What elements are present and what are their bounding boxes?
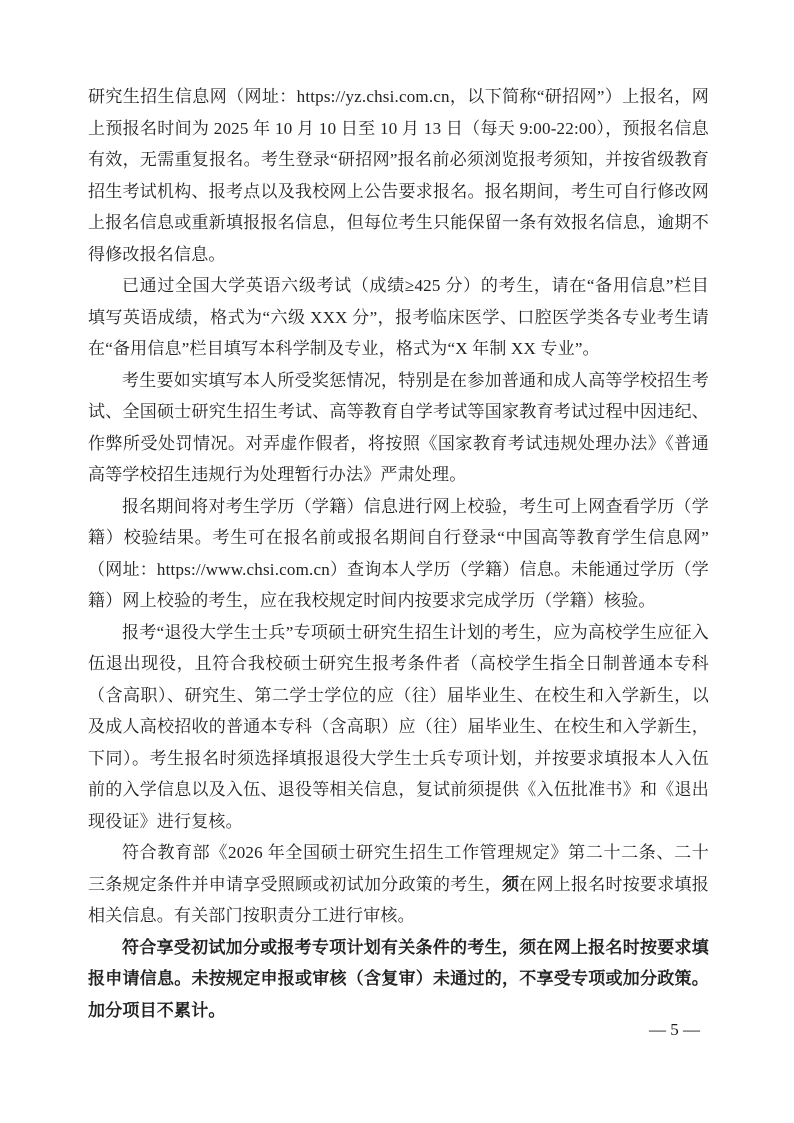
paragraph-rewards-punishments: 考生要如实填写本人所受奖惩情况，特别是在参加普通和成人高等学校招生考试、全国硕士…	[88, 365, 709, 491]
paragraph-cet6-info: 已通过全国大学英语六级考试（成绩≥425 分）的考生，请在“备用信息”栏目填写英…	[88, 270, 709, 365]
paragraph-degree-verification: 报名期间将对考生学历（学籍）信息进行网上校验，考生可上网查看学历（学籍）校验结果…	[88, 491, 709, 617]
paragraph-registration-site: 研究生招生信息网（网址：https://yz.chsi.com.cn，以下简称“…	[88, 81, 709, 270]
paragraph-bonus-declaration-bold: 符合享受初试加分或报考专项计划有关条件的考生，须在网上报名时按要求填报申请信息。…	[88, 932, 709, 1027]
paragraph-veteran-plan: 报考“退役大学生士兵”专项硕士研究生招生计划的考生，应为高校学生应征入伍退出现役…	[88, 617, 709, 838]
paragraph-bonus-policy-emphasis: 须	[502, 875, 519, 894]
paragraph-bonus-policy: 符合教育部《2026 年全国硕士研究生招生工作管理规定》第二十二条、二十三条规定…	[88, 837, 709, 932]
document-page: 研究生招生信息网（网址：https://yz.chsi.com.cn，以下简称“…	[0, 0, 794, 1123]
page-number: — 5 —	[649, 1018, 700, 1042]
document-body: 研究生招生信息网（网址：https://yz.chsi.com.cn，以下简称“…	[88, 81, 709, 1026]
